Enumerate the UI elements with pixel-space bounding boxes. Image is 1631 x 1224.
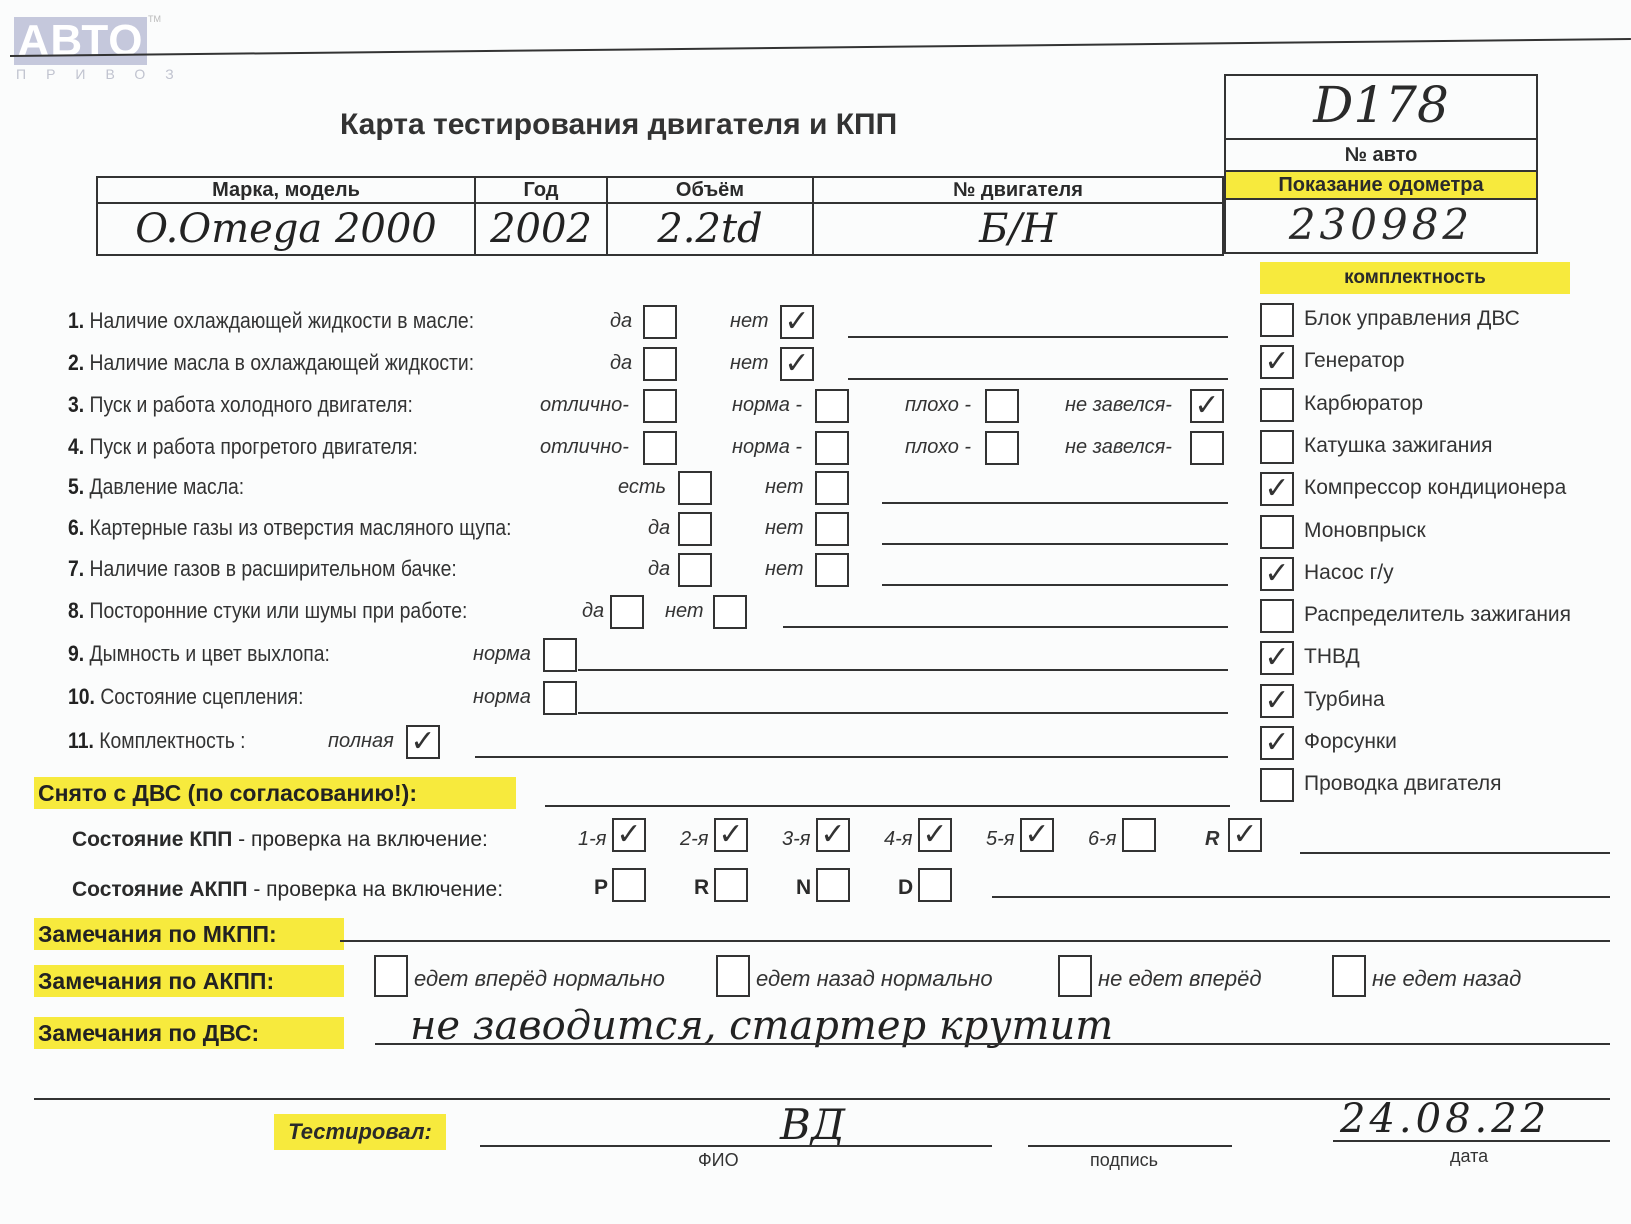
mkpp-remarks-field[interactable] [340, 940, 1610, 942]
date-line [1333, 1140, 1610, 1142]
question-number: 4. [68, 434, 84, 459]
question-text: Комплектность : [99, 728, 245, 753]
tester-name-caption: ФИО [698, 1150, 739, 1171]
question-4-checkbox[interactable] [815, 431, 849, 465]
completeness-checkbox[interactable] [1260, 303, 1294, 337]
question-7-checkbox[interactable] [678, 553, 712, 587]
manual-gear-label: 1-я [578, 828, 606, 851]
date-value[interactable]: 24.08.22 [1340, 1096, 1550, 1142]
auto-gear-checkbox[interactable] [918, 868, 952, 902]
trademark: TM [148, 14, 161, 24]
question-4-checkbox[interactable] [985, 431, 1019, 465]
question-1-option-label: нет [730, 310, 769, 333]
question-7-option-label: нет [765, 558, 804, 581]
question-number: 8. [68, 598, 84, 623]
auto-gear-checkbox[interactable] [714, 868, 748, 902]
question-7-note-line[interactable] [882, 584, 1228, 586]
auto-gear-checkbox[interactable] [612, 868, 646, 902]
auto-gear-label: D [898, 876, 913, 900]
question-9-checkbox[interactable] [543, 638, 577, 672]
engine-number-field[interactable]: Б/Н [813, 203, 1223, 255]
completeness-checkbox[interactable]: ✓ [1260, 726, 1294, 760]
odometer-label: Показание одометра [1226, 172, 1536, 200]
manual-gear-checkbox[interactable]: ✓ [612, 818, 646, 852]
completeness-item-label: Карбюратор [1304, 392, 1423, 416]
question-2-checkbox[interactable]: ✓ [780, 347, 814, 381]
question-number: 7. [68, 556, 84, 581]
auto-gear-label: N [796, 876, 811, 900]
auto-number-field[interactable]: D178 [1226, 76, 1536, 140]
completeness-checkbox[interactable]: ✓ [1260, 472, 1294, 506]
auto-gear-label: R [694, 876, 709, 900]
auto-gearbox-label-rest: - проверка на включение: [248, 878, 504, 901]
question-3-option-label: плохо - [905, 394, 971, 417]
question-5-checkbox[interactable] [678, 471, 712, 505]
question-5-option-label: есть [618, 476, 666, 499]
question-text: Пуск и работа прогретого двигателя: [90, 434, 418, 459]
manual-gear-checkbox[interactable]: ✓ [714, 818, 748, 852]
question-10-label: 10. Состояние сцепления: [68, 684, 304, 710]
completeness-item-label: Форсунки [1304, 730, 1397, 754]
question-8-note-line[interactable] [783, 626, 1228, 628]
completeness-item-label: Моновпрыск [1304, 519, 1426, 543]
question-2-option-label: да [610, 352, 632, 375]
question-number: 11. [68, 728, 94, 753]
completeness-item-label: Блок управления ДВС [1304, 307, 1520, 331]
question-number: 1. [68, 308, 84, 333]
question-3-option-label: отлично- [540, 394, 629, 417]
mkpp-remarks-label: Замечания по МКПП: [34, 918, 344, 950]
completeness-heading: комплектность [1260, 262, 1570, 294]
completeness-item-label: Проводка двигателя [1304, 772, 1502, 796]
avtoprivoz-logo: АВТО [14, 17, 147, 65]
manual-gear-checkbox[interactable]: ✓ [816, 818, 850, 852]
question-6-note-line[interactable] [882, 543, 1228, 545]
question-text: Наличие газов в расширительном бачке: [90, 556, 457, 581]
question-8-option-label: нет [665, 600, 704, 623]
manual-gear-label: 2-я [680, 828, 708, 851]
question-4-option-label: плохо - [905, 436, 971, 459]
akpp-remark-label: не едет назад [1372, 966, 1521, 992]
question-text: Наличие охлаждающей жидкости в масле: [90, 308, 475, 333]
auto-number-label: № авто [1226, 140, 1536, 172]
manual-gear-label: 6-я [1088, 828, 1116, 851]
top-divider [10, 38, 1631, 57]
signature-line[interactable] [1028, 1145, 1232, 1147]
question-6-option-label: нет [765, 517, 804, 540]
question-7-checkbox[interactable] [815, 553, 849, 587]
completeness-checkbox[interactable] [1260, 599, 1294, 633]
question-3-label: 3. Пуск и работа холодного двигателя: [68, 392, 413, 418]
question-4-checkbox[interactable] [643, 431, 677, 465]
question-5-checkbox[interactable] [815, 471, 849, 505]
question-5-note-line[interactable] [882, 502, 1228, 504]
form-title: Карта тестирования двигателя и КПП [340, 108, 897, 142]
question-10-option-label: норма [473, 686, 531, 709]
completeness-checkbox[interactable] [1260, 515, 1294, 549]
auto-gearbox-label: Состояние АКПП - проверка на включение: [72, 878, 503, 902]
auto-gear-label: P [594, 876, 608, 900]
question-4-label: 4. Пуск и работа прогретого двигателя: [68, 434, 418, 460]
question-1-note-line[interactable] [848, 336, 1228, 338]
question-4-option-label: отлично- [540, 436, 629, 459]
question-number: 6. [68, 515, 84, 540]
logo-subtitle: ПРИВОЗ [16, 66, 194, 82]
completeness-checkbox[interactable] [1260, 430, 1294, 464]
removed-field[interactable] [545, 805, 1230, 807]
question-3-checkbox[interactable] [985, 389, 1019, 423]
question-6-option-label: да [648, 517, 670, 540]
question-5-label: 5. Давление масла: [68, 474, 244, 500]
make-model-label: Марка, модель [97, 177, 475, 203]
manual-gear-checkbox[interactable] [1122, 818, 1156, 852]
question-text: Картерные газы из отверстия масляного щу… [90, 515, 512, 540]
question-3-checkbox[interactable]: ✓ [1190, 389, 1224, 423]
dvs-remarks-label: Замечания по ДВС: [34, 1017, 344, 1049]
akpp-remark-checkbox[interactable] [374, 955, 408, 997]
question-10-checkbox[interactable] [543, 681, 577, 715]
question-1-option-label: да [610, 310, 632, 333]
dvs-remarks-line [375, 1043, 1610, 1045]
question-3-option-label: норма - [732, 394, 802, 417]
question-text: Посторонние стуки или шумы при работе: [90, 598, 468, 623]
manual-gearbox-note-line[interactable] [1300, 852, 1610, 854]
tester-name-value[interactable]: ВД [780, 1100, 845, 1149]
question-10-note-line[interactable] [578, 712, 1228, 714]
completeness-item-label: Турбина [1304, 688, 1385, 712]
question-11-option-label: полная [328, 730, 394, 753]
volume-field[interactable]: 2.2td [607, 203, 813, 255]
signature-caption: подпись [1090, 1150, 1158, 1171]
completeness-item-label: Катушка зажигания [1304, 434, 1492, 458]
question-number: 9. [68, 641, 84, 666]
completeness-checkbox[interactable]: ✓ [1260, 557, 1294, 591]
completeness-checkbox[interactable]: ✓ [1260, 684, 1294, 718]
question-8-checkbox[interactable] [610, 595, 644, 629]
year-label: Год [475, 177, 607, 203]
akpp-remark-label: едет назад нормально [756, 966, 993, 992]
question-7-label: 7. Наличие газов в расширительном бачке: [68, 556, 457, 582]
manual-gearbox-label-bold: Состояние КПП [72, 828, 232, 851]
vehicle-info-table: Марка, модель Год Объём № двигателя O.Om… [96, 176, 1224, 256]
make-model-field[interactable]: O.Omega 2000 [97, 203, 475, 255]
question-7-option-label: да [648, 558, 670, 581]
question-5-option-label: нет [765, 476, 804, 499]
question-6-label: 6. Картерные газы из отверстия масляного… [68, 515, 512, 541]
manual-gear-checkbox[interactable]: ✓ [918, 818, 952, 852]
question-text: Состояние сцепления: [100, 684, 303, 709]
completeness-checkbox[interactable]: ✓ [1260, 345, 1294, 379]
question-number: 5. [68, 474, 84, 499]
question-text: Давление масла: [90, 474, 245, 499]
manual-gear-label: 5-я [986, 828, 1014, 851]
question-2-option-label: нет [730, 352, 769, 375]
question-text: Дымность и цвет выхлопа: [90, 641, 330, 666]
akpp-remark-checkbox[interactable] [1058, 955, 1092, 997]
question-3-checkbox[interactable] [643, 389, 677, 423]
akpp-remark-checkbox[interactable] [1332, 955, 1366, 997]
date-caption: дата [1450, 1146, 1488, 1167]
manual-gearbox-label: Состояние КПП - проверка на включение: [72, 828, 488, 852]
question-text: Пуск и работа холодного двигателя: [90, 392, 413, 417]
akpp-remarks-label: Замечания по АКПП: [34, 965, 344, 997]
manual-gear-label: R [1205, 828, 1219, 851]
manual-gear-checkbox[interactable]: ✓ [1228, 818, 1262, 852]
question-8-option-label: да [582, 600, 604, 623]
question-2-label: 2. Наличие масла в охлаждающей жидкости: [68, 350, 474, 376]
question-9-label: 9. Дымность и цвет выхлопа: [68, 641, 330, 667]
removed-label: Снято с ДВС (по согласованию!): [34, 777, 516, 809]
question-11-label: 11. Комплектность : [68, 728, 246, 754]
completeness-checkbox[interactable]: ✓ [1260, 641, 1294, 675]
question-number: 3. [68, 392, 84, 417]
question-8-label: 8. Посторонние стуки или шумы при работе… [68, 598, 467, 624]
auto-gearbox-label-bold: Состояние АКПП [72, 878, 248, 901]
question-1-checkbox[interactable]: ✓ [780, 305, 814, 339]
akpp-remark-label: едет вперёд нормально [414, 966, 665, 992]
question-9-note-line[interactable] [578, 669, 1228, 671]
completeness-item-label: Распределитель зажигания [1304, 603, 1571, 627]
tested-by-label: Тестировал: [274, 1114, 446, 1150]
completeness-item-label: Генератор [1304, 349, 1405, 373]
completeness-checkbox[interactable] [1260, 768, 1294, 802]
tester-name-line [480, 1145, 992, 1147]
engine-number-label: № двигателя [813, 177, 1223, 203]
question-8-checkbox[interactable] [713, 595, 747, 629]
manual-gear-label: 3-я [782, 828, 810, 851]
akpp-remark-label: не едет вперёд [1098, 966, 1262, 992]
question-2-checkbox[interactable] [643, 347, 677, 381]
manual-gear-checkbox[interactable]: ✓ [1020, 818, 1054, 852]
auto-gear-checkbox[interactable] [816, 868, 850, 902]
question-1-checkbox[interactable] [643, 305, 677, 339]
question-4-option-label: не завелся- [1065, 436, 1172, 459]
completeness-checkbox[interactable] [1260, 388, 1294, 422]
akpp-remark-checkbox[interactable] [716, 955, 750, 997]
completeness-item-label: Компрессор кондиционера [1304, 476, 1566, 500]
question-2-note-line[interactable] [848, 378, 1228, 380]
manual-gearbox-label-rest: - проверка на включение: [232, 828, 488, 851]
completeness-item-label: Насос г/у [1304, 561, 1394, 585]
question-6-checkbox[interactable] [815, 512, 849, 546]
auto-odometer-box: D178 № авто Показание одометра 230982 [1224, 74, 1538, 254]
question-4-checkbox[interactable] [1190, 431, 1224, 465]
auto-gearbox-note-line[interactable] [992, 896, 1610, 898]
volume-label: Объём [607, 177, 813, 203]
question-number: 10. [68, 684, 95, 709]
manual-gear-label: 4-я [884, 828, 912, 851]
question-3-option-label: не завелся- [1065, 394, 1172, 417]
year-field[interactable]: 2002 [475, 203, 607, 255]
question-11-note-line[interactable] [475, 756, 1228, 758]
question-6-checkbox[interactable] [678, 512, 712, 546]
completeness-item-label: ТНВД [1304, 645, 1360, 669]
question-3-checkbox[interactable] [815, 389, 849, 423]
question-1-label: 1. Наличие охлаждающей жидкости в масле: [68, 308, 474, 334]
question-11-checkbox[interactable]: ✓ [406, 725, 440, 759]
question-text: Наличие масла в охлаждающей жидкости: [90, 350, 475, 375]
question-4-option-label: норма - [732, 436, 802, 459]
question-9-option-label: норма [473, 643, 531, 666]
question-number: 2. [68, 350, 84, 375]
odometer-field[interactable]: 230982 [1226, 200, 1536, 252]
